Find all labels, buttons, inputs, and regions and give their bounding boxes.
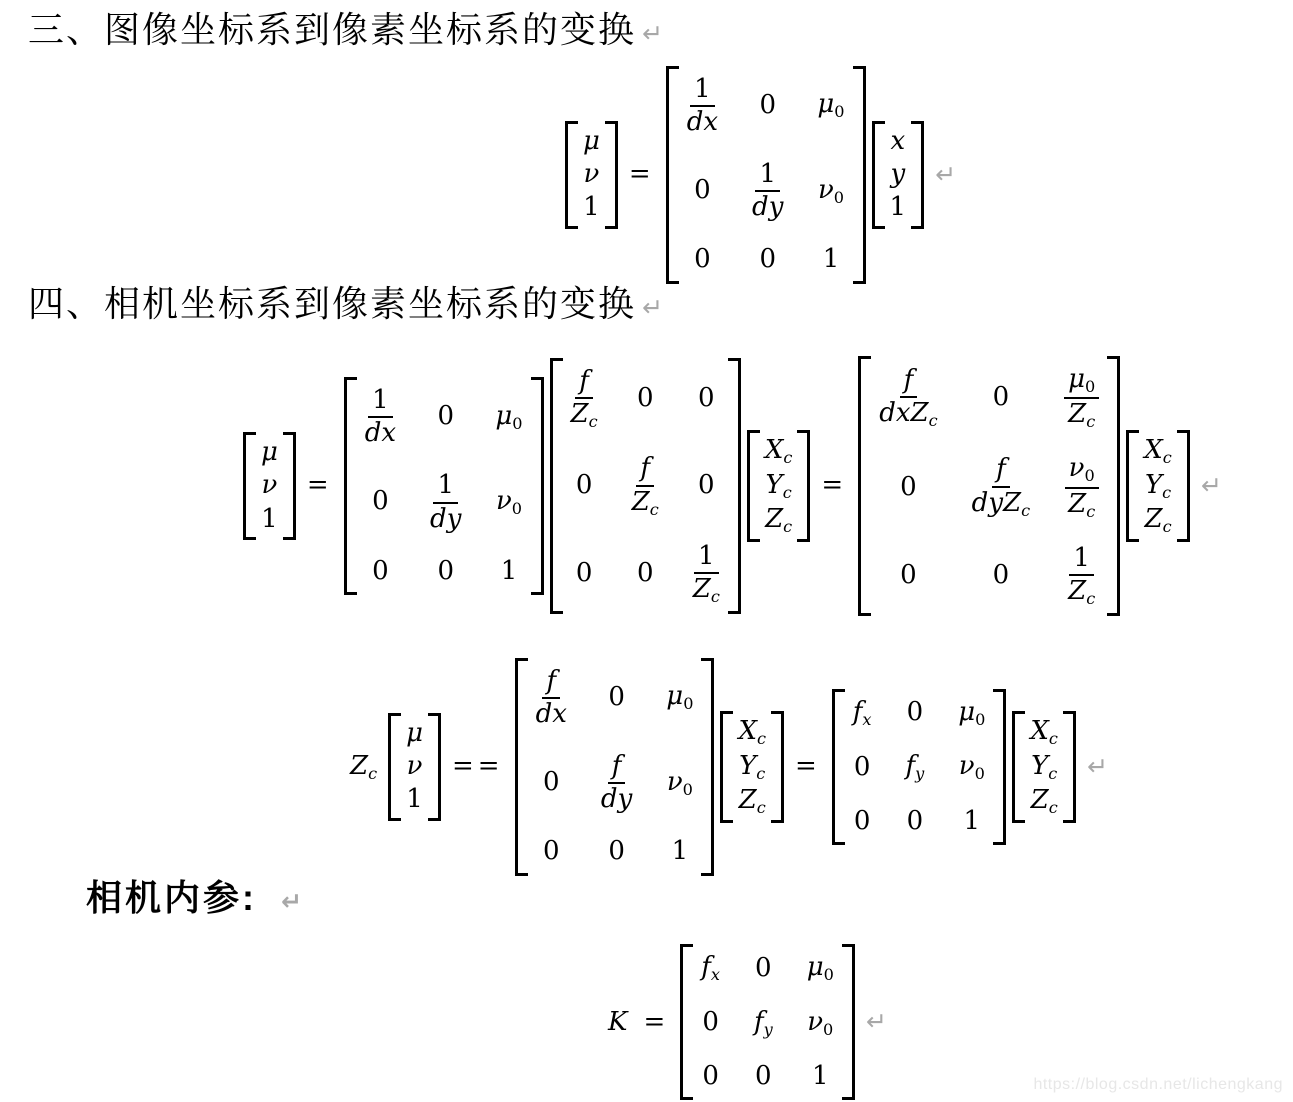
math-cell-content: ν0: [807, 1007, 833, 1037]
matrix-3x3: fZc000fZc0001Zc: [550, 358, 741, 614]
column-vector: μν1: [565, 121, 618, 229]
math-cell-content: 1: [672, 836, 689, 866]
math-symbol-group: K: [608, 1007, 627, 1038]
matrix-3x3: 1dx0μ001dyν0001: [666, 66, 866, 284]
math-symbol: μ: [666, 681, 683, 711]
matrix-cell: 1: [964, 806, 981, 837]
math-symbol: K: [608, 1007, 627, 1037]
matrix-cell: y: [890, 159, 905, 190]
section-heading-3: 三、图像坐标系到像素坐标系的变换↵: [28, 8, 663, 51]
matrix-cell: 0: [759, 90, 776, 121]
math-cell-content: ν0: [667, 767, 693, 797]
matrix-cell: Yc: [1145, 470, 1171, 503]
math-symbol: Z: [911, 398, 929, 428]
math-symbol: 0: [993, 382, 1010, 412]
matrix-cell: fZc: [571, 366, 598, 431]
math-cell-content: y: [890, 159, 905, 189]
fraction: ν0Zc: [1065, 454, 1099, 520]
math-symbol: f: [701, 952, 711, 982]
fraction: 1dy: [430, 471, 461, 533]
matrix-cell: 1: [501, 556, 518, 587]
subscript: 0: [834, 103, 844, 122]
matrix-cell: Yc: [739, 751, 765, 784]
matrix-cell: 0: [900, 472, 917, 503]
fraction-denominator: dx: [687, 107, 718, 137]
matrix-cell: 0: [576, 558, 593, 589]
math-symbol: 0: [702, 1007, 719, 1037]
left-bracket-icon: [680, 944, 693, 1100]
math-cell-content: x: [890, 126, 905, 156]
matrix-cell: fy: [754, 1007, 773, 1040]
subscript: c: [783, 483, 792, 502]
paragraph-return-icon: ↵: [642, 293, 663, 322]
matrix-cell: ν0Zc: [1065, 453, 1099, 520]
math-symbol: x: [381, 418, 396, 448]
fraction: 1dy: [752, 160, 783, 222]
matrix-cell: 1: [406, 784, 423, 815]
math-symbol: 0: [993, 560, 1010, 590]
math-symbol: Z: [632, 487, 650, 517]
fraction-denominator: dx: [536, 699, 567, 729]
math-symbol: 0: [694, 244, 711, 274]
math-symbol: y: [618, 784, 633, 814]
math-symbol: 1: [372, 385, 389, 415]
math-cell-content: 1: [812, 1061, 829, 1091]
math-cell-content: 0: [755, 1061, 772, 1091]
math-symbol: f: [904, 365, 914, 395]
math-cell-content: 0: [372, 486, 389, 516]
math-symbol: 1: [406, 784, 423, 814]
math-symbol: 0: [698, 470, 715, 500]
matrix-cell: 1dy: [430, 470, 461, 533]
math-symbol: 0: [759, 244, 776, 274]
right-bracket-icon: [771, 711, 784, 823]
math-symbol: μ: [406, 718, 423, 748]
fraction-numerator: f: [636, 454, 654, 486]
math-symbol: 0: [854, 752, 871, 782]
equation-image-to-pixel: μν1=1dx0μ001dyν0001xy1↵: [562, 66, 956, 284]
math-cell-content: ν0: [496, 486, 522, 516]
column-vector: XcYcZc: [1012, 711, 1076, 823]
math-symbol: X: [1144, 435, 1163, 465]
math-cell-content: 1: [261, 504, 278, 534]
subscript: 0: [823, 1020, 833, 1039]
matrix-cell: 0: [755, 953, 772, 984]
math-symbol: X: [765, 435, 784, 465]
matrix-cell: 0: [993, 382, 1010, 413]
matrix-cell: ν0: [818, 175, 844, 208]
math-cell-content: 0: [907, 806, 924, 836]
matrix-cell: 0: [759, 244, 776, 275]
math-cell-content: μ0: [817, 89, 844, 119]
fraction-numerator: f: [992, 455, 1010, 487]
math-symbol: Y: [1031, 751, 1048, 781]
math-symbol: μ: [958, 697, 975, 727]
matrix-cells: 1dx0μ001dyν0001: [679, 66, 853, 284]
matrix-cell: 1: [672, 836, 689, 867]
math-cell-content: 0: [702, 1007, 719, 1037]
matrix-cell: 0: [694, 175, 711, 206]
fraction: fZc: [571, 367, 598, 431]
math-symbol: 1: [261, 504, 278, 534]
matrix-cell: 1: [823, 244, 840, 275]
watermark: https://blog.csdn.net/lichengkang: [1033, 1076, 1283, 1094]
subscript: 0: [512, 499, 522, 518]
left-bracket-icon: [872, 121, 885, 229]
matrix-cell: Zc: [1031, 785, 1058, 818]
matrix-3x3: fx0μ00fyν0001: [832, 689, 1007, 845]
math-symbol: 0: [900, 472, 917, 502]
math-cell-content: ν: [584, 159, 600, 189]
math-cell-content: 1: [406, 784, 423, 814]
matrix-cell: Xc: [765, 435, 793, 468]
math-symbol: 0: [543, 836, 560, 866]
math-symbol: 0: [543, 767, 560, 797]
math-symbol: μ: [261, 437, 278, 467]
matrix-cell: 0: [437, 401, 454, 432]
fraction-denominator: Zc: [571, 399, 598, 431]
math-cell-content: μ0: [666, 681, 693, 711]
math-symbol: f: [906, 751, 916, 781]
matrix-cell: Xc: [1030, 716, 1058, 749]
matrix-cell: 0: [854, 752, 871, 783]
heading-text: 三、图像坐标系到像素坐标系的变换: [28, 9, 636, 50]
math-cell-content: ν0: [818, 175, 844, 205]
math-cell-content: Yc: [766, 470, 792, 500]
paragraph-return-icon: ↵: [935, 160, 956, 190]
right-bracket-icon: [797, 430, 810, 542]
math-symbol: f: [579, 366, 589, 396]
fraction-denominator: Zc: [1068, 399, 1095, 431]
math-cell-content: fy: [754, 1007, 773, 1037]
math-cell-content: 0: [608, 682, 625, 712]
matrix-cell: μ: [583, 126, 600, 157]
equals-operator: =: [643, 1007, 669, 1038]
math-symbol: Z: [739, 785, 757, 815]
math-symbol: Z: [1068, 489, 1086, 519]
fraction-denominator: dy: [430, 504, 461, 534]
math-symbol: Z: [765, 504, 783, 534]
matrix-cell: fx: [853, 697, 872, 730]
matrix-cells: XcYcZc: [1025, 711, 1063, 823]
math-symbol: Z: [693, 574, 711, 604]
math-cell-content: Zc: [765, 504, 792, 534]
math-cell-content: ν: [262, 470, 278, 500]
math-cell-content: 0: [993, 560, 1010, 590]
equation-camera-to-pixel: μν1=1dx0μ001dyν0001fZc000fZc0001ZcXcYcZc…: [240, 356, 1222, 616]
equation-intrinsic-matrix-k: K=fx0μ00fyν0001↵: [608, 944, 887, 1100]
subscript: c: [757, 729, 766, 748]
left-bracket-icon: [832, 689, 845, 845]
math-symbol: 1: [812, 1061, 829, 1091]
matrix-cell: μ: [406, 718, 423, 749]
matrix-cell: fdxZc: [879, 365, 937, 430]
math-symbol: μ: [583, 126, 600, 156]
math-cell-content: 0: [900, 472, 917, 502]
equals-operator: =: [795, 751, 821, 782]
matrix-cell: 1Zc: [1068, 543, 1095, 608]
heading-text: 相机内参:: [86, 877, 257, 918]
math-symbol: d: [687, 107, 704, 137]
equals-operator: =: [307, 470, 333, 501]
math-cell-content: 0: [854, 806, 871, 836]
math-symbol: y: [988, 488, 1003, 518]
math-symbol: f: [754, 1007, 764, 1037]
subscript: c: [757, 798, 766, 817]
matrix-cell: 0: [608, 836, 625, 867]
fraction-numerator: 1: [690, 75, 715, 107]
fraction-numerator: 1: [368, 386, 393, 418]
fraction-denominator: dyZc: [972, 488, 1030, 520]
column-vector: XcYcZc: [747, 430, 811, 542]
left-bracket-icon: [858, 356, 871, 616]
math-symbol: Y: [1145, 470, 1162, 500]
subscript: c: [589, 412, 598, 431]
right-bracket-icon: [853, 66, 866, 284]
math-symbol: 0: [437, 556, 454, 586]
matrix-cell: Xc: [738, 716, 766, 749]
math-cell-content: μ0: [958, 697, 985, 727]
matrix-cells: μν1: [256, 432, 283, 540]
math-symbol: 0: [755, 1061, 772, 1091]
matrix-cell: fdy: [601, 751, 632, 814]
math-symbol: 0: [755, 953, 772, 983]
math-cell-content: 1: [890, 192, 907, 222]
matrix-cell: Zc: [1145, 504, 1172, 537]
matrix-cell: 0: [372, 556, 389, 587]
math-cell-content: ν: [407, 751, 423, 781]
right-bracket-icon: [1107, 356, 1120, 616]
right-bracket-icon: [842, 944, 855, 1100]
math-cell-content: Zc: [1145, 504, 1172, 534]
fraction-numerator: ν0: [1065, 454, 1099, 488]
subscript: 0: [683, 695, 693, 714]
math-cell-content: Yc: [1145, 470, 1171, 500]
math-symbol: d: [752, 192, 769, 222]
math-cell-content: Xc: [1030, 716, 1058, 746]
math-cell-content: 0: [759, 90, 776, 120]
matrix-cell: ν: [262, 470, 278, 501]
fraction: 1Zc: [1068, 544, 1095, 608]
math-cell-content: 1: [823, 244, 840, 274]
math-cell-content: 0: [543, 836, 560, 866]
matrix-cell: 0: [755, 1061, 772, 1092]
right-bracket-icon: [993, 689, 1006, 845]
matrix-cells: XcYcZc: [760, 430, 798, 542]
math-cell-content: 0: [694, 244, 711, 274]
matrix-3x3: fx0μ00fyν0001: [680, 944, 855, 1100]
matrix-cell: fx: [701, 952, 720, 985]
math-symbol: 1: [823, 244, 840, 274]
fraction-denominator: Zc: [632, 487, 659, 519]
matrix-cell: 1: [583, 192, 600, 223]
left-bracket-icon: [565, 121, 578, 229]
subscript: 0: [1085, 377, 1095, 396]
matrix-cell: ν: [584, 159, 600, 190]
matrix-cell: Zc: [765, 504, 792, 537]
left-bracket-icon: [666, 66, 679, 284]
right-bracket-icon: [283, 432, 296, 540]
matrix-cell: 0: [637, 558, 654, 589]
subscript: c: [1021, 501, 1030, 520]
math-symbol: Z: [1068, 399, 1086, 429]
subscript: c: [711, 587, 720, 606]
matrix-cell: 0: [702, 1007, 719, 1038]
right-bracket-icon: [1177, 430, 1190, 542]
fraction-numerator: f: [542, 667, 560, 699]
math-symbol: 0: [576, 558, 593, 588]
math-symbol: 1: [698, 541, 715, 571]
math-cell-content: μ: [583, 126, 600, 156]
math-cell-content: Yc: [1031, 751, 1057, 781]
subscript: c: [650, 500, 659, 519]
math-symbol: 0: [759, 90, 776, 120]
math-symbol: 0: [608, 682, 625, 712]
math-symbol: x: [896, 398, 911, 428]
matrix-3x3: fdx0μ00fdyν0001: [515, 658, 715, 876]
math-symbol: μ: [817, 89, 834, 119]
math-symbol: d: [536, 699, 553, 729]
matrix-cell: fy: [906, 751, 925, 784]
subscript: 0: [975, 710, 985, 729]
fraction-denominator: dxZc: [879, 398, 937, 430]
subscript: 0: [834, 188, 844, 207]
math-symbol: d: [430, 504, 447, 534]
right-bracket-icon: [531, 377, 544, 595]
equals-operator: ==: [452, 751, 504, 782]
math-cell-content: 0: [759, 244, 776, 274]
matrix-cell: μ0Zc: [1064, 364, 1099, 431]
math-symbol: 1: [694, 74, 711, 104]
math-symbol: 1: [437, 470, 454, 500]
fraction-denominator: Zc: [693, 574, 720, 606]
math-cell-content: 1: [501, 556, 518, 586]
subscript: y: [915, 764, 924, 783]
math-cell-content: Xc: [765, 435, 793, 465]
math-symbol: 1: [501, 556, 518, 586]
subscript: x: [862, 710, 871, 729]
column-vector: μν1: [388, 713, 441, 821]
column-vector: xy1: [872, 121, 925, 229]
math-symbol: Z: [1031, 785, 1049, 815]
matrix-cell: 1dx: [365, 385, 396, 448]
fraction-denominator: Zc: [1068, 576, 1095, 608]
matrix-cells: μν1: [578, 121, 605, 229]
document-page: 三、图像坐标系到像素坐标系的变换↵ μν1=1dx0μ001dyν0001xy1…: [0, 0, 1293, 1102]
math-cell-content: Xc: [738, 716, 766, 746]
matrix-cell: 0: [576, 470, 593, 501]
matrix-cell: ν0: [807, 1007, 833, 1040]
math-cell-content: μ0: [495, 401, 522, 431]
math-symbol: μ: [1068, 364, 1085, 394]
fraction: fdyZc: [972, 455, 1030, 519]
subscript: 0: [1084, 467, 1094, 486]
matrix-cell: ν: [407, 751, 423, 782]
matrix-cells: fdx0μ00fdyν0001: [528, 658, 702, 876]
subscript: c: [368, 764, 377, 783]
math-cell-content: fx: [701, 952, 720, 982]
math-symbol: d: [601, 784, 618, 814]
math-symbol: ν: [667, 767, 683, 797]
matrix-cells: fZc000fZc0001Zc: [563, 358, 728, 614]
math-symbol: 0: [637, 558, 654, 588]
math-cell-content: 0: [993, 382, 1010, 412]
matrix-cell: μ0: [817, 89, 844, 122]
equation-zc-scaled-form: Zcμν1==fdx0μ00fdyν0001XcYcZc=fx0μ00fyν00…: [350, 658, 1108, 876]
right-bracket-icon: [911, 121, 924, 229]
fraction: fdxZc: [879, 366, 937, 430]
math-symbol: 0: [702, 1061, 719, 1091]
math-symbol: 0: [372, 556, 389, 586]
paragraph-return-icon: ↵: [281, 887, 302, 916]
matrix-cell: 1: [890, 192, 907, 223]
matrix-cell: ν0: [667, 767, 693, 800]
right-bracket-icon: [428, 713, 441, 821]
math-cell-content: 1: [583, 192, 600, 222]
matrix-cell: Xc: [1144, 435, 1172, 468]
matrix-cell: 0: [543, 767, 560, 798]
matrix-cell: 0: [694, 244, 711, 275]
fraction-numerator: 1: [1069, 544, 1094, 576]
math-cell-content: 0: [372, 556, 389, 586]
math-cell-content: 0: [854, 752, 871, 782]
section-heading-4: 四、相机坐标系到像素坐标系的变换↵: [28, 282, 663, 325]
math-cell-content: fy: [906, 751, 925, 781]
math-symbol: 0: [372, 486, 389, 516]
matrix-cell: Zc: [739, 785, 766, 818]
right-bracket-icon: [1063, 711, 1076, 823]
fraction-numerator: 1: [694, 542, 719, 574]
fraction-numerator: f: [900, 366, 918, 398]
math-symbol: y: [447, 504, 462, 534]
subscript: x: [711, 965, 720, 984]
matrix-3x3: 1dx0μ001dyν0001: [344, 377, 544, 595]
math-symbol: f: [640, 453, 650, 483]
left-bracket-icon: [1126, 430, 1139, 542]
matrix-cell: 0: [854, 806, 871, 837]
subscript: y: [764, 1020, 773, 1039]
math-cell-content: 0: [608, 836, 625, 866]
equals-operator: =: [821, 470, 847, 501]
math-symbol: x: [890, 126, 905, 156]
right-bracket-icon: [605, 121, 618, 229]
column-vector: XcYcZc: [720, 711, 784, 823]
math-cell-content: 0: [437, 401, 454, 431]
math-cell-content: 0: [907, 697, 924, 727]
matrix-cell: 0: [608, 682, 625, 713]
math-cell-content: Zc: [1031, 785, 1058, 815]
math-cell-content: 0: [694, 175, 711, 205]
math-symbol: f: [612, 751, 622, 781]
left-bracket-icon: [515, 658, 528, 876]
math-cell-content: Yc: [739, 751, 765, 781]
math-symbol: ν: [1069, 453, 1085, 483]
math-cell-content: 0: [698, 470, 715, 500]
math-symbol: Z: [1003, 488, 1021, 518]
math-symbol: 1: [672, 836, 689, 866]
math-cell-content: 0: [576, 558, 593, 588]
matrix-cells: xy1: [885, 121, 912, 229]
fraction: 1Zc: [693, 542, 720, 606]
matrix-cell: ν0: [496, 486, 522, 519]
paragraph-return-icon: ↵: [1201, 471, 1222, 501]
matrix-cell: fdx: [536, 666, 567, 729]
matrix-cells: fdxZc0μ0Zc0fdyZcν0Zc001Zc: [871, 356, 1107, 616]
matrix-cell: 0: [437, 556, 454, 587]
fraction: 1dx: [365, 386, 396, 448]
math-symbol: 0: [907, 806, 924, 836]
matrix-cell: Yc: [766, 470, 792, 503]
